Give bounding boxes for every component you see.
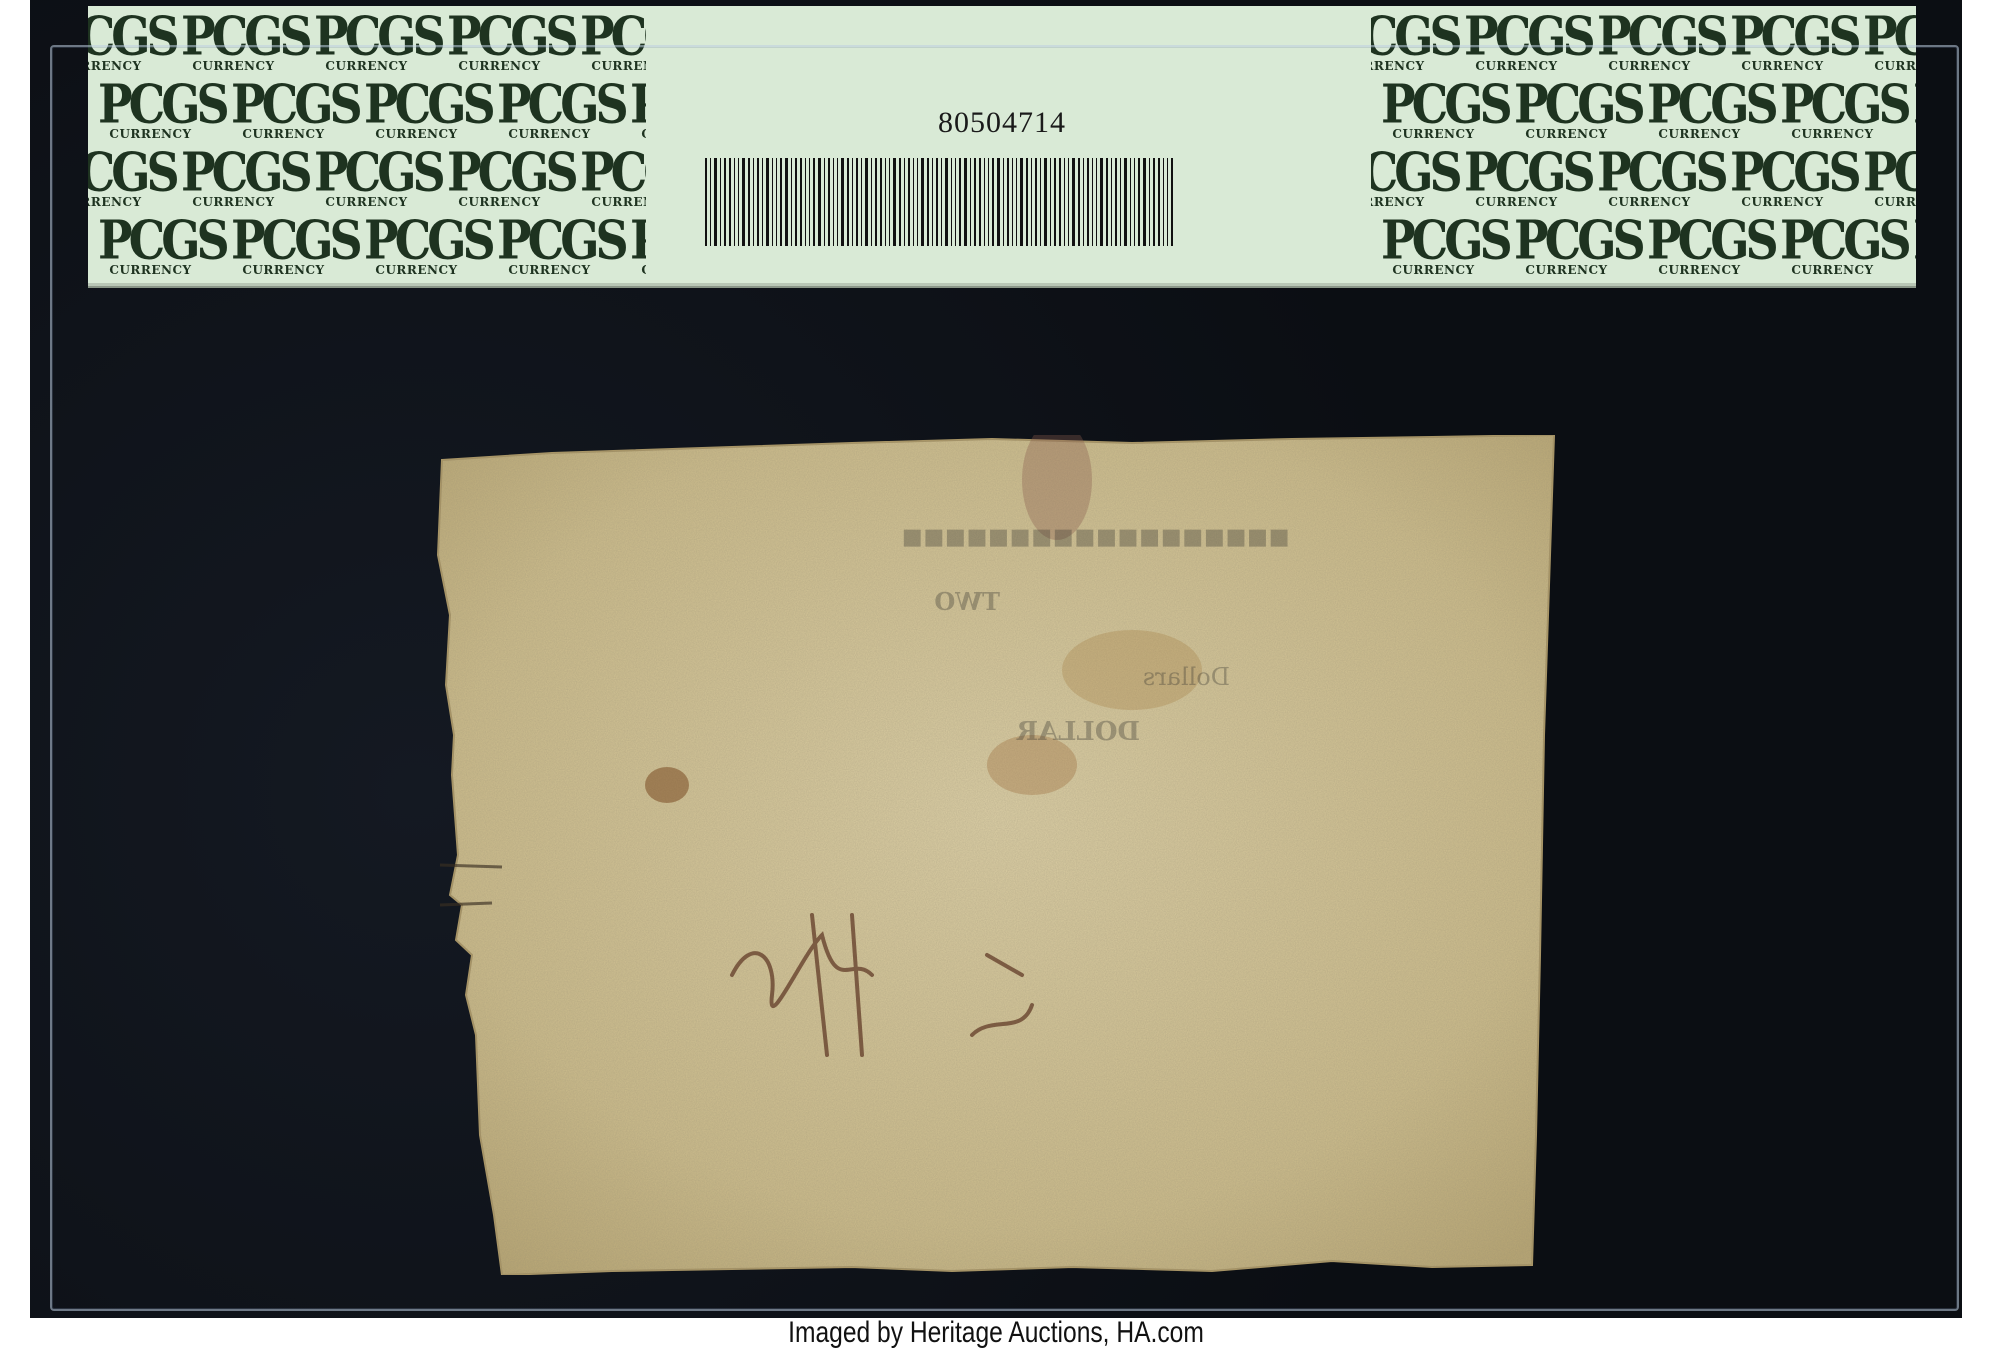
pcgs-logo-icon: PCGSCURRENCY <box>580 12 646 73</box>
barcode-bar <box>828 158 830 246</box>
pcgs-logo-row: PCGSCURRENCYPCGSCURRENCYPCGSCURRENCYPCGS… <box>1371 148 1916 209</box>
barcode-bar <box>852 158 853 246</box>
barcode-bar <box>871 158 872 246</box>
pcgs-logo-icon: PCGSCURRENCY <box>1913 80 1916 141</box>
barcode-bar <box>945 158 948 246</box>
barcode-bar <box>1149 158 1150 246</box>
barcode-bar <box>720 158 721 246</box>
barcode-bar <box>1026 158 1028 246</box>
barcode-bar <box>889 158 890 246</box>
barcode-bar <box>1163 158 1164 246</box>
barcode-bar <box>893 158 896 246</box>
pcgs-logo-icon: PCGSCURRENCY <box>1730 12 1835 73</box>
barcode-bar <box>1158 158 1160 246</box>
pcgs-logo-icon: PCGSCURRENCY <box>1647 80 1752 141</box>
pcgs-logo-icon: PCGSCURRENCY <box>88 12 153 73</box>
barcode-bar <box>1007 158 1009 246</box>
barcode-bar <box>951 158 952 246</box>
barcode-bar <box>791 158 792 246</box>
barcode-bar <box>865 158 868 246</box>
svg-text:TWO: TWO <box>934 587 1000 616</box>
pcgs-logo-icon: PCGSCURRENCY <box>314 148 419 209</box>
barcode-bar <box>1092 158 1093 246</box>
barcode-bar <box>1171 158 1173 246</box>
pcgs-logo-row: PCGSCURRENCYPCGSCURRENCYPCGSCURRENCYPCGS… <box>88 12 646 73</box>
pcgs-logo-icon: PCGSCURRENCY <box>181 12 286 73</box>
barcode-bar <box>1100 158 1103 246</box>
barcode-bar <box>705 158 707 246</box>
barcode-bar <box>917 158 918 246</box>
barcode-bar <box>988 158 989 246</box>
pcgs-logo-icon: PCGSCURRENCY <box>98 216 203 277</box>
barcode-bar <box>1087 158 1089 246</box>
barcode-bar <box>1130 158 1131 246</box>
pcgs-logo-icon: PCGSCURRENCY <box>1464 148 1569 209</box>
pcgs-logo-icon: PCGSCURRENCY <box>1863 12 1916 73</box>
barcode-bar <box>861 158 862 246</box>
barcode-bar <box>724 158 726 246</box>
barcode-bar <box>729 158 731 246</box>
barcode-bar <box>1068 158 1069 246</box>
pcgs-logo-icon: PCGSCURRENCY <box>447 148 552 209</box>
pcgs-logo-row: PCGSCURRENCYPCGSCURRENCYPCGSCURRENCYPCGS… <box>88 148 646 209</box>
barcode-bar <box>714 158 717 246</box>
barcode-bar <box>776 158 777 246</box>
barcode-bar <box>795 158 797 246</box>
pcgs-logo-icon: PCGSCURRENCY <box>1730 148 1835 209</box>
barcode-bar <box>1111 158 1112 246</box>
barcode-bar <box>908 158 910 246</box>
barcode-bar <box>913 158 914 246</box>
barcode-bar <box>766 158 769 246</box>
barcode-bar <box>1050 158 1051 246</box>
barcode-bar <box>824 158 825 246</box>
barcode-bar <box>955 158 956 246</box>
barcode-bar <box>753 158 754 246</box>
image-credit-caption: Imaged by Heritage Auctions, HA.com <box>179 1316 1812 1350</box>
pcgs-logo-icon: PCGSCURRENCY <box>231 216 336 277</box>
pcgs-logo-icon: PCGSCURRENCY <box>181 148 286 209</box>
barcode-bar <box>1096 158 1097 246</box>
pcgs-logo-icon: PCGSCURRENCY <box>1514 80 1619 141</box>
barcode-bar <box>1115 158 1117 246</box>
barcode-bar <box>1031 158 1032 246</box>
barcode-bar <box>841 158 844 246</box>
barcode-bar <box>875 158 877 246</box>
svg-text:◼◼◼◼◼◼◼◼◼◼◼◼◼◼◼◼◼◼: ◼◼◼◼◼◼◼◼◼◼◼◼◼◼◼◼◼◼ <box>902 522 1290 552</box>
pcgs-logo-icon: PCGSCURRENCY <box>1647 216 1752 277</box>
pcgs-logo-row: PCGSCURRENCYPCGSCURRENCYPCGSCURRENCYPCGS… <box>98 216 646 277</box>
barcode-bar <box>1124 158 1127 246</box>
barcode-bar <box>805 158 806 246</box>
barcode-bar <box>927 158 929 246</box>
pcgs-logo-icon: PCGSCURRENCY <box>630 216 646 277</box>
barcode-bar <box>833 158 834 246</box>
pcgs-logo-icon: PCGSCURRENCY <box>364 216 469 277</box>
barcode-bar <box>959 158 961 246</box>
pcgs-logo-icon: PCGSCURRENCY <box>1381 80 1486 141</box>
pcgs-logo-icon: PCGSCURRENCY <box>1371 12 1436 73</box>
barcode-bar <box>1020 158 1023 246</box>
barcode-bar <box>772 158 773 246</box>
pcgs-logo-row: PCGSCURRENCYPCGSCURRENCYPCGSCURRENCYPCGS… <box>1371 12 1916 73</box>
barcode-bar <box>941 158 942 246</box>
barcode-bar <box>1040 158 1041 246</box>
pcgs-logo-icon: PCGSCURRENCY <box>1371 148 1436 209</box>
barcode-bar <box>1138 158 1140 246</box>
barcode-bar <box>785 158 788 246</box>
barcode-bar <box>1153 158 1155 246</box>
barcode-bar <box>809 158 810 246</box>
barcode-bar <box>813 158 815 246</box>
pcgs-logo-icon: PCGSCURRENCY <box>314 12 419 73</box>
barcode-bar <box>932 158 933 246</box>
barcode-bar <box>1064 158 1065 246</box>
pcgs-label: PCGSCURRENCYPCGSCURRENCYPCGSCURRENCYPCGS… <box>88 6 1916 286</box>
pcgs-logo-icon: PCGSCURRENCY <box>580 148 646 209</box>
barcode-bar <box>936 158 938 246</box>
aged-paper-note-image: ◼◼◼◼◼◼◼◼◼◼◼◼◼◼◼◼◼◼ TWO Dollars DOLLAR <box>432 435 1560 1275</box>
barcode <box>705 158 1277 246</box>
banknote-reverse: ◼◼◼◼◼◼◼◼◼◼◼◼◼◼◼◼◼◼ TWO Dollars DOLLAR <box>432 435 1560 1275</box>
barcode-bar <box>748 158 750 246</box>
barcode-bar <box>1072 158 1075 246</box>
barcode-bar <box>1016 158 1017 246</box>
pcgs-logo-icon: PCGSCURRENCY <box>1597 148 1702 209</box>
barcode-bar <box>899 158 901 246</box>
pcgs-logo-icon: PCGSCURRENCY <box>88 148 153 209</box>
svg-text:DOLLAR: DOLLAR <box>1016 717 1140 747</box>
barcode-bar <box>837 158 838 246</box>
pcgs-logo-icon: PCGSCURRENCY <box>1780 216 1885 277</box>
barcode-bar <box>880 158 882 246</box>
pcgs-logo-icon: PCGSCURRENCY <box>1381 216 1486 277</box>
pcgs-logo-icon: PCGSCURRENCY <box>497 216 602 277</box>
barcode-bar <box>885 158 886 246</box>
pcgs-logo-icon: PCGSCURRENCY <box>1863 148 1916 209</box>
barcode-bar <box>904 158 905 246</box>
barcode-bar <box>1012 158 1013 246</box>
barcode-bar <box>1003 158 1004 246</box>
barcode-bar <box>1167 158 1168 246</box>
barcode-bar <box>964 158 967 246</box>
barcode-bar <box>1078 158 1080 246</box>
barcode-bar <box>710 158 711 246</box>
barcode-bar <box>1035 158 1037 246</box>
barcode-bar <box>818 158 821 246</box>
pcgs-logo-icon: PCGSCURRENCY <box>1597 12 1702 73</box>
barcode-bar <box>992 158 994 246</box>
barcode-bar <box>800 158 802 246</box>
barcode-bar <box>738 158 739 246</box>
barcode-bar <box>979 158 981 246</box>
barcode-bar <box>970 158 971 246</box>
barcode-bar <box>997 158 1000 246</box>
pcgs-logo-pattern-left: PCGSCURRENCYPCGSCURRENCYPCGSCURRENCYPCGS… <box>88 6 646 283</box>
barcode-bar <box>847 158 849 246</box>
pcgs-logo-icon: PCGSCURRENCY <box>1913 216 1916 277</box>
pcgs-logo-pattern-right: PCGSCURRENCYPCGSCURRENCYPCGSCURRENCYPCGS… <box>1371 6 1916 283</box>
barcode-bar <box>757 158 759 246</box>
barcode-bar <box>1120 158 1121 246</box>
barcode-bar <box>1059 158 1061 246</box>
svg-text:Dollars: Dollars <box>1143 663 1230 691</box>
barcode-bar <box>734 158 735 246</box>
barcode-bar <box>1054 158 1056 246</box>
barcode-bar <box>762 158 763 246</box>
barcode-bar <box>921 158 924 246</box>
pcgs-logo-row: PCGSCURRENCYPCGSCURRENCYPCGSCURRENCYPCGS… <box>1381 80 1916 141</box>
barcode-bar <box>1106 158 1108 246</box>
pcgs-logo-row: PCGSCURRENCYPCGSCURRENCYPCGSCURRENCYPCGS… <box>1381 216 1916 277</box>
barcode-bar <box>1143 158 1146 246</box>
pcgs-logo-icon: PCGSCURRENCY <box>1780 80 1885 141</box>
barcode-bar <box>780 158 782 246</box>
pcgs-logo-icon: PCGSCURRENCY <box>447 12 552 73</box>
barcode-bar <box>1044 158 1047 246</box>
barcode-bar <box>1083 158 1084 246</box>
barcode-bar <box>856 158 858 246</box>
barcode-bar <box>974 158 976 246</box>
barcode-bar <box>984 158 985 246</box>
pcgs-logo-icon: PCGSCURRENCY <box>1464 12 1569 73</box>
barcode-bar <box>1134 158 1135 246</box>
pcgs-logo-icon: PCGSCURRENCY <box>1514 216 1619 277</box>
barcode-bar <box>742 158 745 246</box>
